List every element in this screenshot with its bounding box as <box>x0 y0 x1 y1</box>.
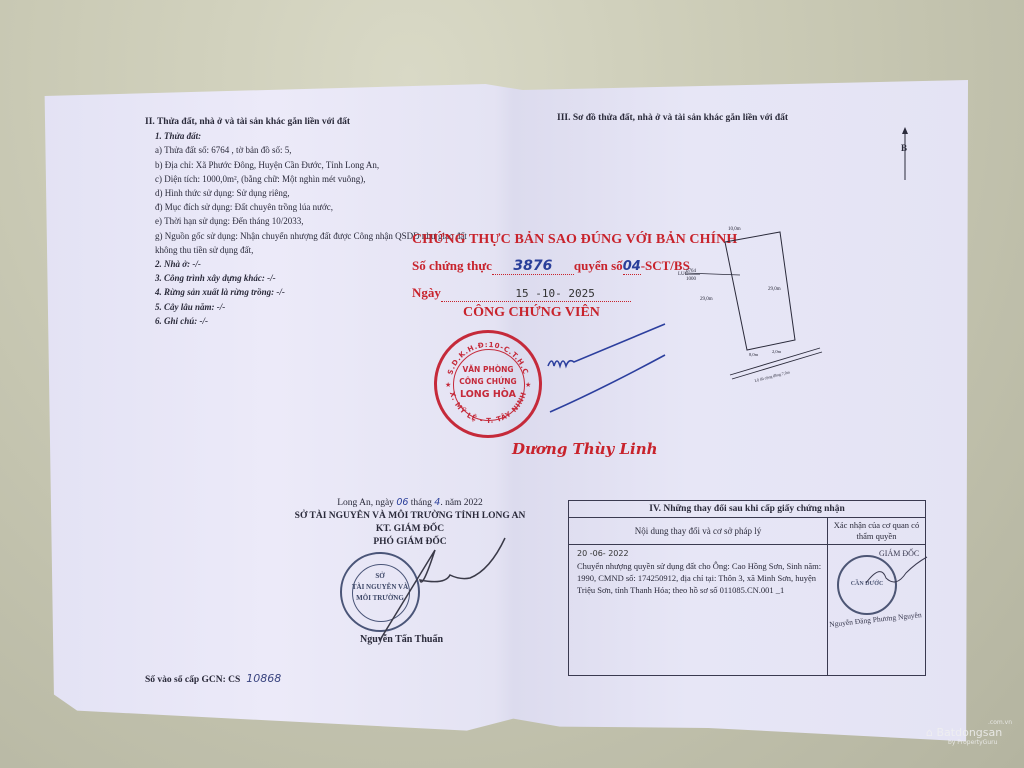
confirm-signature-icon <box>861 553 931 593</box>
issue-date-line: Long An, ngày 06 tháng 4. năm 2022 <box>270 496 550 510</box>
column-divider <box>827 544 828 675</box>
watermark-suffix: .com.vn <box>988 719 1012 726</box>
notary-office-stamp: S.D.K.H.Đ:10-C.T.H.C X. MỸ LỆ - T. TÂY N… <box>434 330 542 438</box>
issue-day: 06 <box>396 497 408 508</box>
registry-number: Số vào sổ cấp GCN: CS10868 <box>145 672 281 685</box>
table-row: 20 -06- 2022 Chuyển nhượng quyền sử dụng… <box>577 548 825 596</box>
notary-heading: CÔNG CHỨNG VIÊN <box>463 305 600 321</box>
changes-table-header: Nội dung thay đổi và cơ sở pháp lý Xác n… <box>569 518 925 545</box>
north-arrow-icon: B <box>890 125 920 185</box>
svg-text:2,0m: 2,0m <box>772 349 782 355</box>
issuing-authority: SỞ TÀI NGUYÊN VÀ MÔI TRƯỜNG TỈNH LONG AN <box>270 510 550 523</box>
svg-text:8,0m: 8,0m <box>749 352 759 358</box>
confirmation-cell: CẦN ĐƯỚC GIÁM ĐỐC Nguyễn Đăng Phương Ngu… <box>831 549 925 659</box>
notary-name: Dương Thùy Linh <box>512 440 658 458</box>
issue-place-label: Long An, ngày <box>337 498 394 508</box>
svg-text:B: B <box>901 143 907 153</box>
change-date: 20 -06- 2022 <box>577 548 825 560</box>
book-no-value: 04 <box>623 259 641 274</box>
section-ii-title: II. Thửa đất, nhà ở và tài sản khác gắn … <box>145 115 467 129</box>
section-iii-title: III. Sơ đồ thửa đất, nhà ở và tài sản kh… <box>557 113 788 123</box>
issue-month: 4 <box>434 497 440 508</box>
book-label: quyển số <box>574 258 623 273</box>
other-item: 6. Ghi chú: -/- <box>145 314 467 328</box>
changes-table-title: IV. Những thay đổi sau khi cấp giấy chứn… <box>569 501 925 518</box>
parcel-item: e) Thời hạn sử dụng: Đến tháng 10/2033, <box>145 214 467 228</box>
svg-text:1000: 1000 <box>686 277 697 282</box>
notary-signature-icon <box>540 320 680 420</box>
land-parcel-heading: 1. Thửa đất: <box>145 129 467 143</box>
cert-no-label: Số chứng thực <box>412 258 492 273</box>
registry-value: 10868 <box>246 672 281 685</box>
cert-date-value: 15 -10- 2025 <box>515 287 594 300</box>
cert-no-value: 3876 <box>513 258 552 274</box>
stamp-line-1: VĂN PHÒNG <box>437 365 539 374</box>
change-content: Chuyển nhượng quyền sử dụng đất cho Ông:… <box>577 560 825 596</box>
parcel-item: b) Địa chỉ: Xã Phước Đông, Huyện Cần Đướ… <box>145 158 467 172</box>
col-confirm-header: Xác nhận của cơ quan có thẩm quyền <box>827 518 925 546</box>
parcel-item: d) Hình thức sử dụng: Sử dụng riêng, <box>145 186 467 200</box>
svg-text:10,0m: 10,0m <box>728 227 741 232</box>
director-signature-icon <box>360 530 540 650</box>
issue-year: năm 2022 <box>445 498 483 508</box>
watermark-brand: Batdongsan <box>937 726 1003 739</box>
changes-table: IV. Những thay đổi sau khi cấp giấy chứn… <box>568 500 926 676</box>
director-name: Nguyễn Tấn Thuấn <box>360 634 443 645</box>
svg-text:29,0m: 29,0m <box>768 287 781 292</box>
watermark-tagline: by PropertyGuru <box>948 739 1012 746</box>
svg-text:29,0m: 29,0m <box>700 297 713 302</box>
parcel-item: c) Diện tích: 1000,0m², (bằng chữ: Một n… <box>145 172 467 186</box>
col-content-header: Nội dung thay đổi và cơ sở pháp lý <box>569 518 827 544</box>
parcel-item: đ) Mục đích sử dụng: Đất chuyên trồng lú… <box>145 200 467 214</box>
watermark: .com.vn ⌂ Batdongsan by PropertyGuru <box>926 719 1012 746</box>
stamp-line-2: CÔNG CHỨNG <box>437 377 539 386</box>
registry-label: Số vào sổ cấp GCN: CS <box>145 675 240 685</box>
parcel-item: a) Thửa đất số: 6764 , tờ bản đồ số: 5, <box>145 143 467 157</box>
svg-text:Lộ đá cộng đồng 7,0m: Lộ đá cộng đồng 7,0m <box>754 369 791 384</box>
stamp-line-3: LONG HÒA <box>437 389 539 400</box>
month-label: tháng <box>411 498 432 508</box>
house-logo-icon: ⌂ <box>926 726 933 739</box>
parcel-diagram: 10,0m 6764 1000 LUC 29,0m 29,0m 8,0m 2,0… <box>660 220 840 390</box>
date-label: Ngày <box>412 285 441 300</box>
